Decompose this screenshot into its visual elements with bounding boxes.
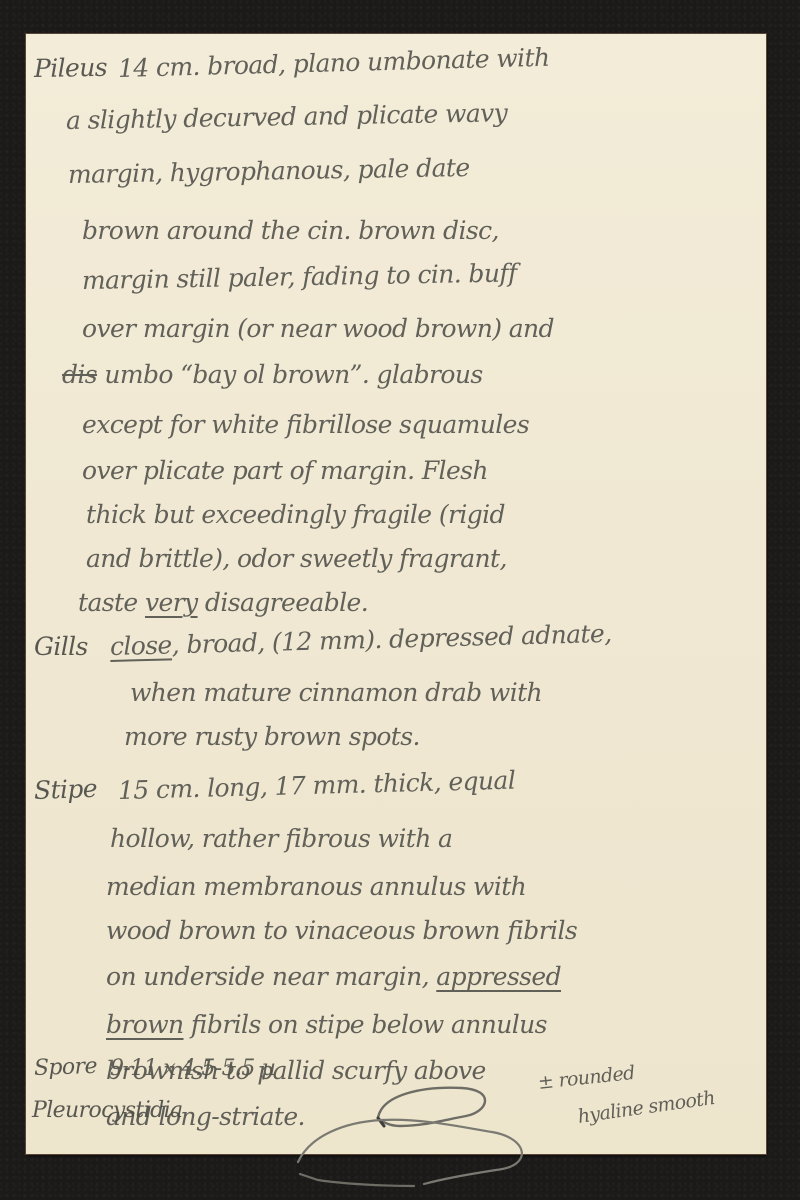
gills-label: Gills — [34, 634, 88, 659]
pileus-line-12: taste very disagreeable. — [78, 590, 368, 615]
pileus-line-7: dis umbo “bay ol brown”. glabrous — [62, 362, 483, 387]
pleurocystidia-note-1: ± rounded — [537, 1064, 636, 1093]
stipe-line-3: median membranous annulus with — [106, 874, 526, 899]
pileus-line-9: over plicate part of margin. Flesh — [82, 458, 488, 483]
gills-line-3: more rusty brown spots. — [124, 724, 420, 749]
underlined-word: appressed — [436, 962, 561, 991]
stipe-line-6: brown fibrils on stipe below annulus — [106, 1012, 547, 1037]
underlined-word: close — [110, 630, 172, 661]
stipe-line-2: hollow, rather fibrous with a — [110, 826, 452, 851]
pileus-line-4: brown around the cin. brown disc, — [82, 218, 499, 243]
pleurocystidia-note-2: hyaline smooth — [577, 1089, 716, 1127]
pileus-line-3: margin, hygrophanous, pale date — [68, 155, 470, 187]
pileus-line-5: margin still paler, fading to cin. buff — [82, 260, 517, 293]
pileus-line-8: except for white fibrillose squamules — [82, 412, 529, 437]
pileus-line-12-text: taste very disagreeable. — [78, 588, 368, 617]
pileus-line-11: and brittle), odor sweetly fragrant, — [86, 546, 507, 571]
underlined-word: very — [145, 588, 198, 617]
stipe-line-5: on underside near margin, appressed — [106, 964, 561, 989]
stipe-line-1: 15 cm. long, 17 mm. thick, equal — [118, 768, 516, 803]
pileus-line-1: 14 cm. broad, plano umbonate with — [118, 45, 550, 81]
pileus-line-10: thick but exceedingly fragile (rigid — [86, 502, 505, 527]
pileus-line-6: over margin (or near wood brown) and — [82, 316, 554, 341]
stipe-line-4: wood brown to vinaceous brown fibrils — [106, 918, 577, 943]
stipe-label: Stipe — [34, 776, 98, 803]
spore-dimensions: 9-11 x 4.5-5.5 µ — [110, 1058, 275, 1080]
gills-line-2: when mature cinnamon drab with — [130, 680, 542, 705]
pileus-label: Pileus — [34, 55, 107, 81]
gills-line-1: close, broad, (12 mm). depressed adnate, — [110, 621, 612, 659]
pleurocystidia-label: Pleurocystidia — [32, 1100, 183, 1122]
pileus-line-2: a slightly decurved and plicate wavy — [66, 100, 508, 133]
pileus-line-7-text: umbo “bay ol brown”. glabrous — [104, 360, 482, 389]
spore-label: Spore — [34, 1056, 98, 1080]
struck-word: dis — [62, 360, 97, 389]
underlined-word: brown — [106, 1010, 184, 1039]
specimen-card: Pileus 14 cm. broad, plano umbonate with… — [26, 34, 766, 1154]
cystidia-sketch-icon — [274, 1082, 534, 1192]
